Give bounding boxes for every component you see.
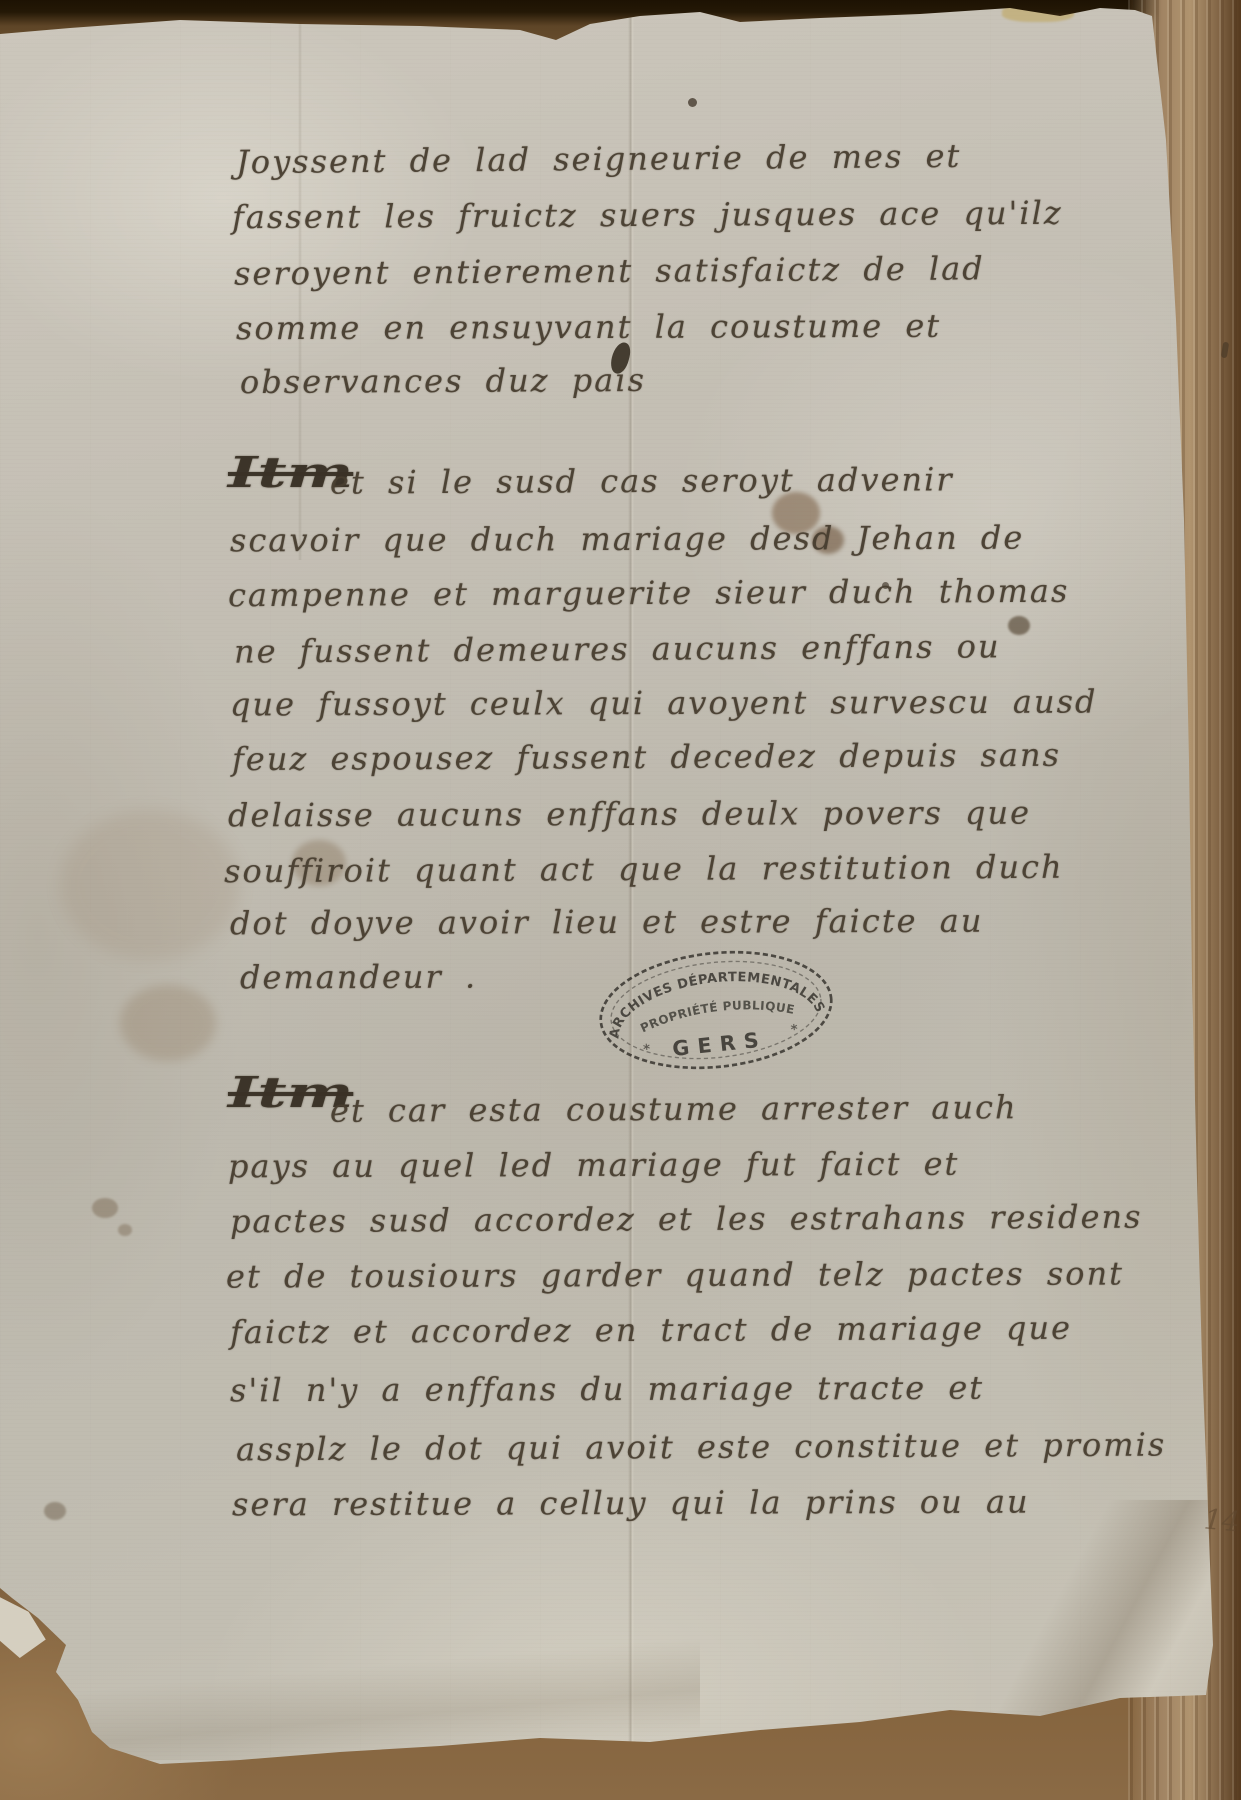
manuscript-line: demandeur . — [240, 958, 477, 997]
manuscript-line: somme en ensuyvant la coustume et — [236, 307, 941, 347]
manuscript-line: scavoir que duch mariage desd Jehan de — [230, 519, 1024, 560]
archive-stamp: ARCHIVES DÉPARTEMENTALES PROPRIÉTÉ PUBLI… — [586, 931, 846, 1088]
manuscript-line: observances duz pais — [240, 361, 646, 401]
stain — [92, 1198, 118, 1218]
manuscript-line: campenne et marguerite sieur duch thomas — [228, 572, 1070, 614]
manuscript-line: sera restitue a celluy qui la prins ou a… — [232, 1483, 1030, 1524]
stain — [688, 98, 697, 107]
manuscript-line: seroyent entierement satisfaictz de lad — [234, 249, 985, 292]
manuscript-line: faictz et accordez en tract de mariage q… — [230, 1309, 1072, 1351]
manuscript-line: delaisse aucuns enffans deulx povers que — [228, 794, 1031, 835]
stamp-text-gers: GERS — [671, 1027, 768, 1061]
stain — [118, 1224, 132, 1236]
manuscript-line: et car esta coustume arrester auch — [330, 1088, 1018, 1130]
manuscript-line: ne fussent demeures aucuns enffans ou — [234, 627, 1001, 670]
manuscript-line: et si le susd cas seroyt advenir — [330, 460, 954, 501]
manuscript-line: et de tousiours garder quand telz pactes… — [226, 1254, 1124, 1295]
manuscript-line: assplz le dot qui avoit este constitue e… — [236, 1426, 1166, 1469]
manuscript-line: souffiroit quant act que la restitution … — [224, 848, 1064, 890]
manuscript-line: pactes susd accordez et les estrahans re… — [230, 1198, 1143, 1241]
stain — [44, 1502, 66, 1520]
manuscript-line: pays au quel led mariage fut faict et — [228, 1145, 960, 1186]
stain — [1008, 616, 1030, 635]
manuscript-photo: Joyssent de lad seigneurie de mes et fas… — [0, 0, 1241, 1800]
folio-number: 14 — [1203, 1503, 1241, 1539]
manuscript-line: feuz espousez fussent decedez depuis san… — [232, 736, 1061, 778]
stamp-flank-right: * — [790, 1023, 799, 1039]
stamp-flank-left: * — [643, 1042, 652, 1058]
manuscript-line: s'il n'y a enffans du mariage tracte et — [230, 1369, 984, 1410]
manuscript-line: fassent les fruictz suers jusques ace qu… — [232, 194, 1063, 236]
stain — [60, 810, 240, 960]
stain — [120, 985, 216, 1061]
manuscript-line: que fussoyt ceulx qui avoyent survescu a… — [230, 682, 1098, 723]
manuscript-line: Joyssent de lad seigneurie de mes et — [236, 137, 962, 181]
manuscript-line: dot doyve avoir lieu et estre faicte au — [230, 902, 984, 943]
manuscript-page: Joyssent de lad seigneurie de mes et fas… — [0, 0, 1241, 1800]
